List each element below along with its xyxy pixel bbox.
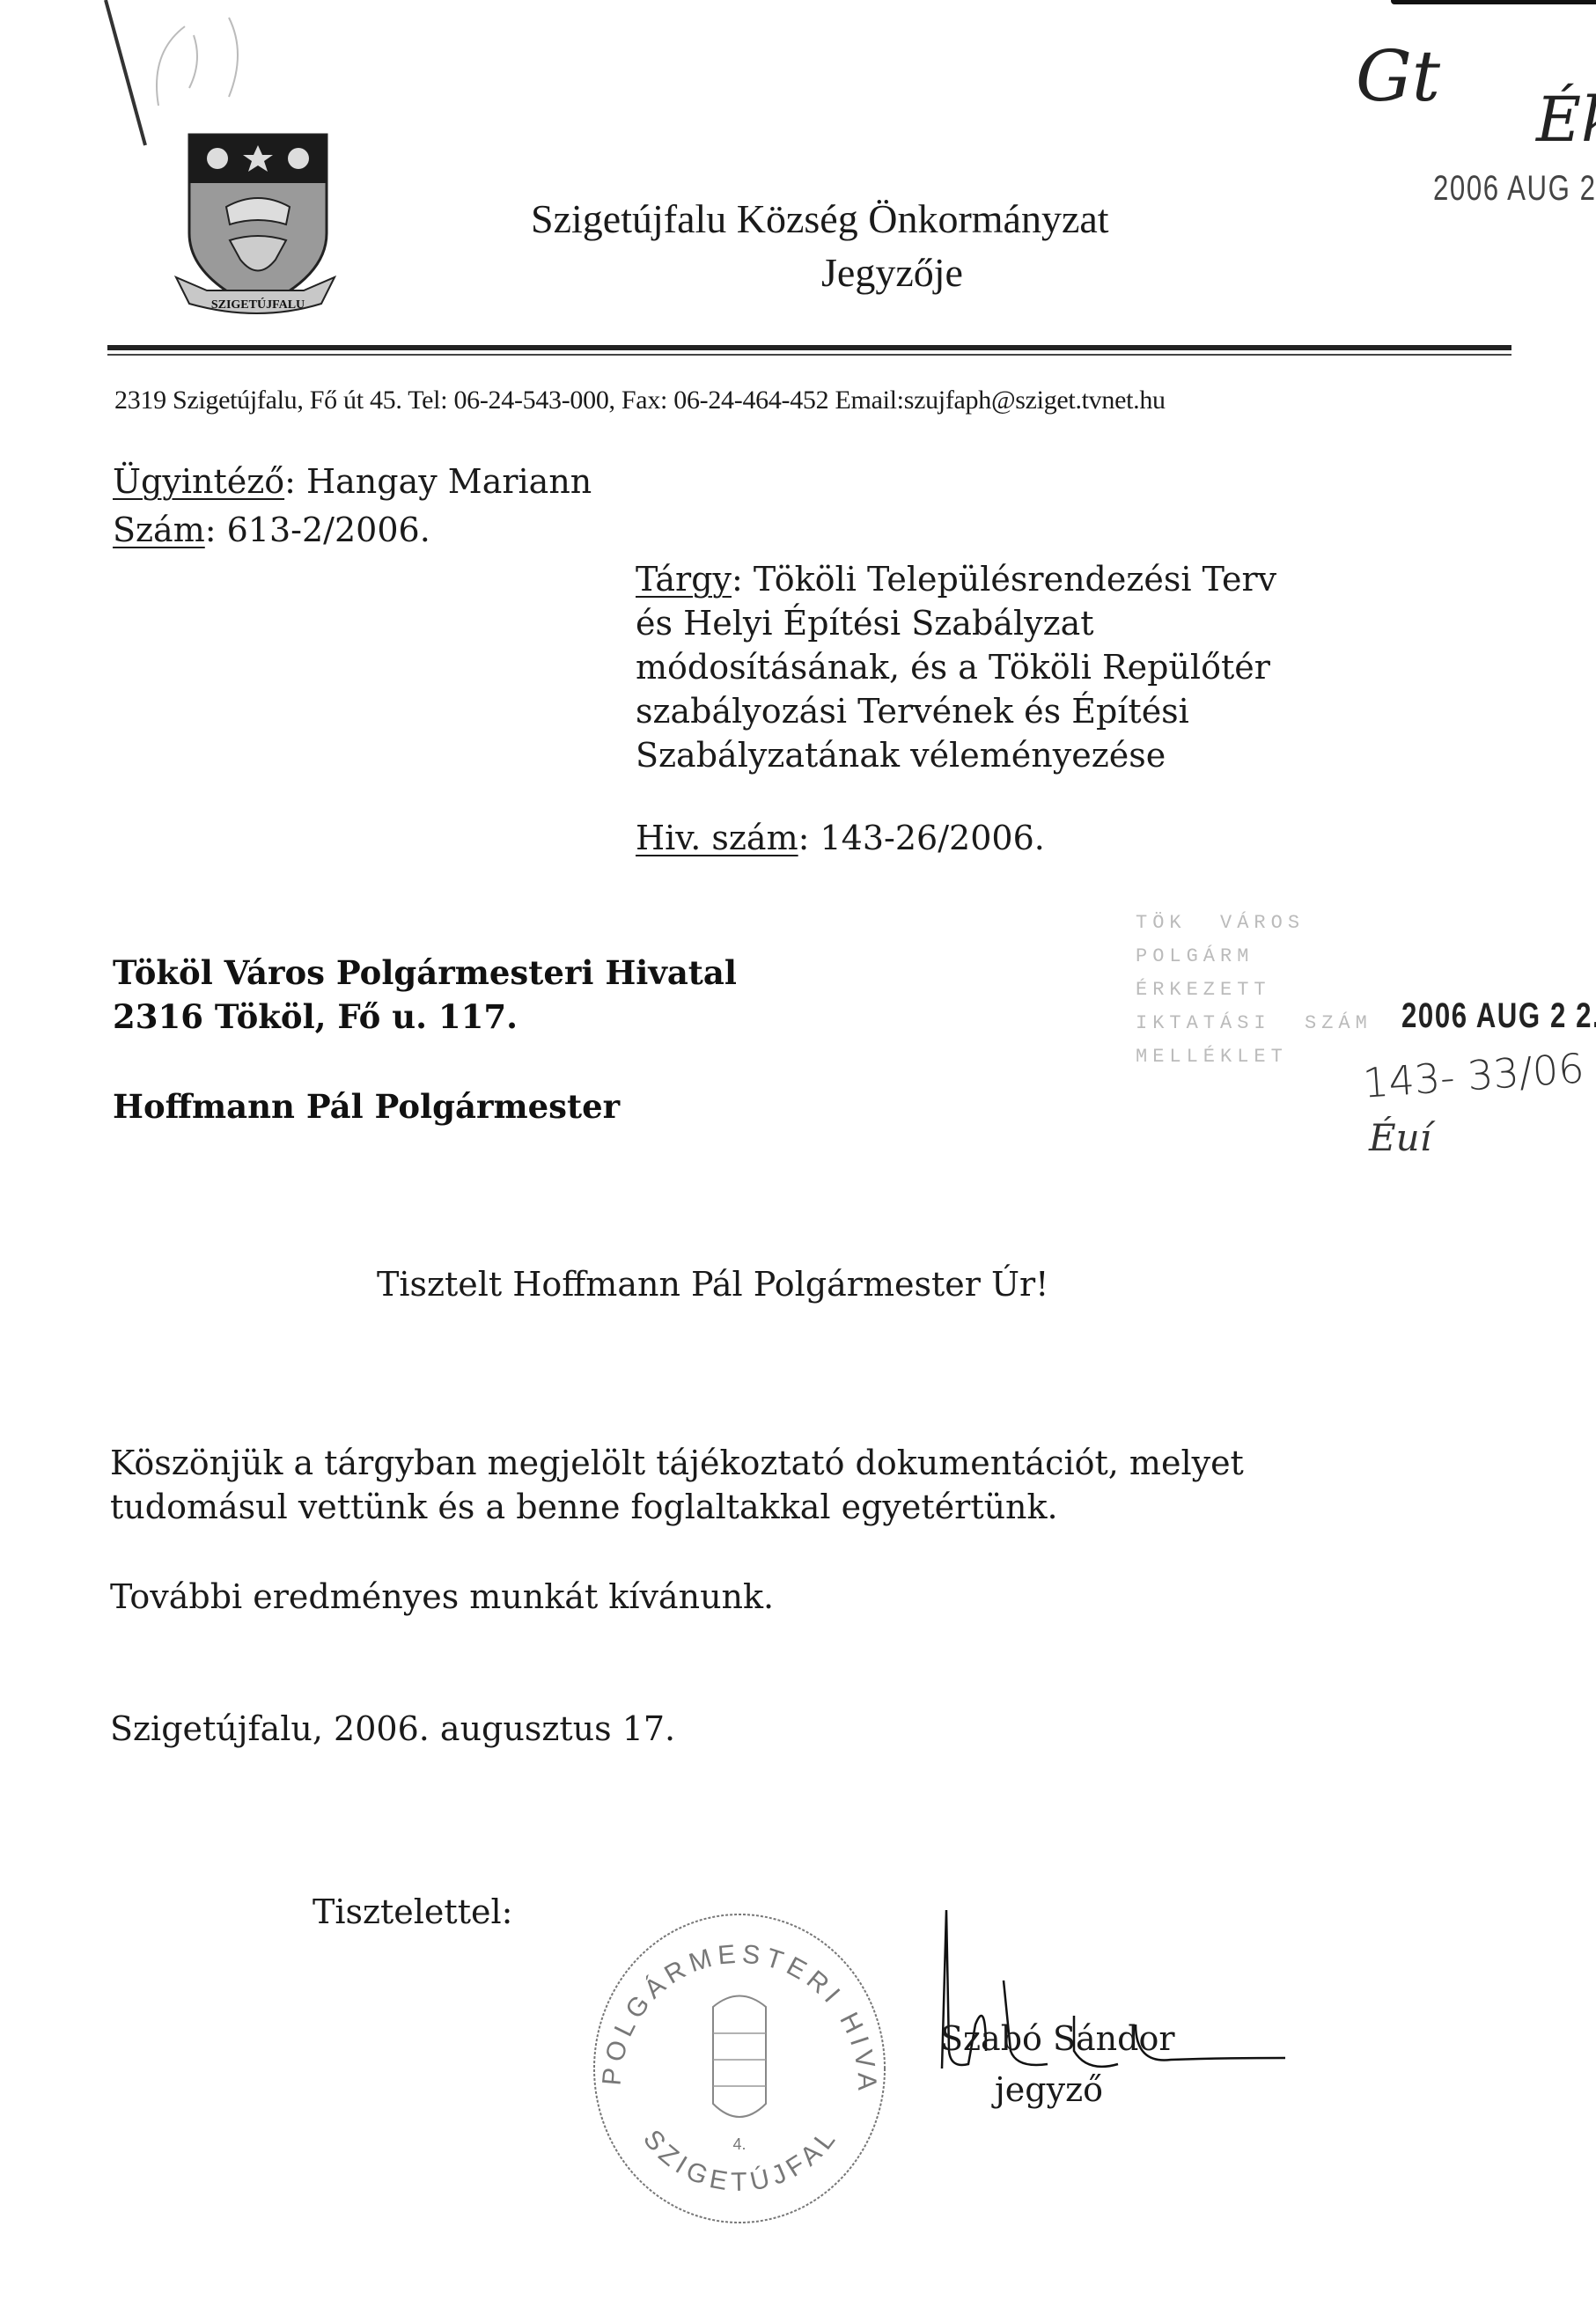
received-stamp-faded: TÖK VÁROS POLGÁRM ÉRKEZETT IKTATÁSI SZÁM… (1136, 907, 1400, 1127)
place-and-date: Szigetújfalu, 2006. augusztus 17. (110, 1709, 675, 1748)
subject-line: és Helyi Építési Szabályzat (636, 601, 1428, 645)
handwritten-initials: Gt (1356, 35, 1440, 117)
reference-number-label: Szám (113, 511, 205, 549)
subject-line: módosításának, és a Tököli Repülőtér (636, 645, 1428, 689)
body-paragraph-line: Köszönjük a tárgyban megjelölt tájékozta… (110, 1444, 1244, 1482)
scan-edge-bar (1391, 0, 1596, 4)
received-stamp-date: 2006 AUG 2 2. (1401, 996, 1596, 1036)
received-date-stamp-top: 2006 AUG 2 2 (1433, 169, 1596, 209)
their-reference-value: : 143-26/2006. (798, 819, 1045, 857)
subject-line: szabályozási Tervének és Építési (636, 689, 1428, 733)
received-initials: Éuí (1369, 1116, 1431, 1159)
recipient-address: 2316 Tököl, Fő u. 117. (113, 997, 518, 1036)
subject-line: : Tököli Településrendezési Terv (732, 560, 1276, 599)
subject-label: Tárgy (636, 560, 732, 599)
subject-block: Tárgy: Tököli Településrendezési Terv és… (636, 557, 1428, 777)
reference-number-line: Szám: 613-2/2006. (113, 511, 430, 549)
header-divider (107, 345, 1511, 350)
signer-name: Szabó Sándor (940, 2019, 1175, 2058)
reference-number-value: : 613-2/2006. (205, 511, 430, 549)
subject-line: Szabályzatának véleményezése (636, 733, 1428, 777)
letterhead-title: Szigetújfalu Község Önkormányzat (531, 195, 1109, 242)
letterhead-subtitle: Jegyzője (821, 249, 963, 296)
handler-label: Ügyintéző (113, 462, 284, 501)
closing: Tisztelettel: (313, 1892, 512, 1931)
official-seal-icon: POLGÁRMESTERI HIVATAL SZIGETÚJFALU 4. (581, 1901, 898, 2227)
svg-text:4.: 4. (732, 2135, 746, 2153)
recipient-person: Hoffmann Pál Polgármester (113, 1087, 620, 1126)
svg-text:SZIGETÚJFALU: SZIGETÚJFALU (211, 297, 305, 312)
their-reference-line: Hiv. szám: 143-26/2006. (636, 819, 1045, 857)
salutation: Tisztelt Hoffmann Pál Polgármester Úr! (377, 1265, 1048, 1304)
body-paragraph: További eredményes munkát kívánunk. (110, 1577, 774, 1616)
signer-title: jegyző (995, 2070, 1103, 2109)
handler-line: Ügyintéző: Hangay Mariann (113, 462, 592, 501)
handwritten-initials-2: Ék (1536, 84, 1596, 156)
handler-value: : Hangay Mariann (284, 462, 592, 501)
recipient-organization: Tököl Város Polgármesteri Hivatal (113, 953, 737, 992)
coat-of-arms-icon: SZIGETÚJFALU (172, 128, 339, 321)
contact-line: 2319 Szigetújfalu, Fő út 45. Tel: 06-24-… (114, 386, 1166, 415)
their-reference-label: Hiv. szám (636, 819, 798, 857)
body-paragraph-line: tudomásul vettünk és a benne foglaltakka… (110, 1488, 1058, 1526)
header-divider-thin (107, 354, 1511, 356)
